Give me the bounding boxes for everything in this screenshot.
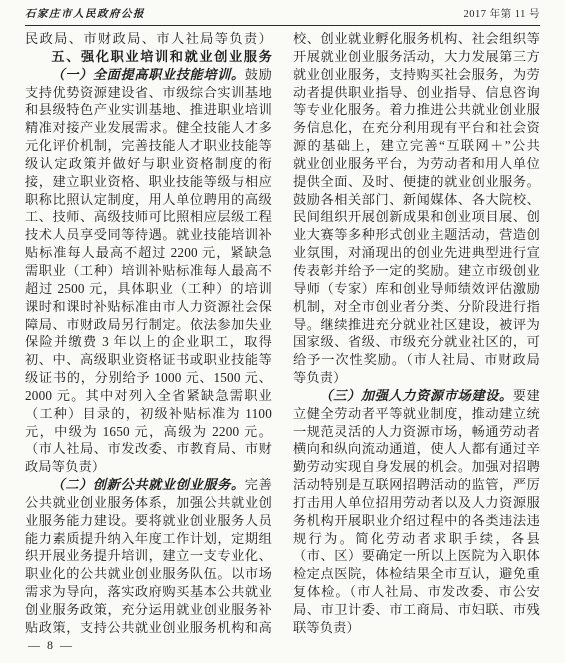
body-text: 等专业化服务。着力推进公共就业创业服 — [293, 102, 540, 117]
body-text: 开展就业创业服务活动，大力发展第三方 — [293, 49, 540, 64]
text-line: （市人社局、市发改委、市教育局、市财 — [25, 440, 272, 458]
page-number: — 8 — — [28, 638, 74, 653]
section-heading-text: 五、强化职业培训和就业创业服务 — [51, 49, 272, 64]
body-text: 需职业（工种）培训补贴标准每人最高不 — [25, 263, 272, 278]
text-line: 传表彰并给予一定的奖励。建立市级创业 — [293, 262, 540, 280]
body-text: 源的基础上，建立完善“互联网＋”公共 — [293, 138, 540, 153]
body-text: 级认定政策并做好与职业资格制度的衔 — [25, 156, 272, 171]
body-text: 民政局、市财政局、市人社局等负责） — [25, 31, 272, 46]
text-line: 支持优势资源建设省、市级综合实训基地 — [25, 84, 272, 102]
body-text: 贴政策，支持公共就业创业服务机构和高 — [25, 620, 272, 635]
body-text: 横向和纵向流动通道，使人人都有通过辛 — [293, 441, 540, 456]
text-line: 超过 2500 元，具体职业（工种）的培训 — [25, 280, 272, 298]
body-text: 业大赛等多种形式创业主题活动，营造创 — [293, 227, 540, 242]
body-text: 就业创业服务，支持购买社会服务，为劳 — [293, 67, 540, 82]
body-text: （市人社局、市发改委、市教育局、市财 — [25, 441, 272, 456]
body-text: 打击用人单位招用劳动者以及人力资源服 — [293, 495, 540, 510]
subheading-text: （一）全面提高职业技能培训。 — [51, 67, 244, 82]
body-text: 初、中、高级职业资格证书或职业技能等 — [25, 352, 272, 367]
text-line: 就业创业服务平台，为劳动者和用人单位 — [293, 155, 540, 173]
body-text: 校、创业就业孵化服务机构、社会组织等 — [293, 31, 540, 46]
body-text: 超过 2500 元，具体职业（工种）的培训 — [25, 281, 272, 296]
text-line: 机制，对全市创业者分类、分阶段进行指 — [293, 298, 540, 316]
text-line: （一）全面提高职业技能培训。鼓励 — [25, 66, 272, 84]
body-text: 务信息化，在充分利用现有平台和社会资 — [293, 120, 540, 135]
text-line: 复体检。（市人社局、市发改委、市公安 — [293, 583, 540, 601]
text-line: 接，建立职业资格、职业技能等级与相应 — [25, 173, 272, 191]
text-line: 五、强化职业培训和就业创业服务 — [25, 48, 272, 66]
body-text: 动者提供职业指导、创业指导、信息咨询 — [293, 85, 540, 100]
body-text: 一规范灵活的人力资源市场，畅通劳动者 — [293, 424, 540, 439]
text-line: 初、中、高级职业资格证书或职业技能等 — [25, 351, 272, 369]
body-text: 勤劳动实现自身发展的机会。加强对招聘 — [293, 459, 540, 474]
body-text: 鼓励各相关部门、新闻媒体、各大院校、 — [293, 192, 540, 207]
body-text: 活动特别是互联网招聘活动的监管，严厉 — [293, 477, 540, 492]
body-text: 复体检。（市人社局、市发改委、市公安 — [293, 584, 540, 599]
body-text: 政局等负责） — [25, 459, 105, 474]
text-line: 就业创业服务，支持购买社会服务，为劳 — [293, 66, 540, 84]
body-text: 需求为导向，落实政府购买基本公共就业 — [25, 584, 272, 599]
text-line: 民政局、市财政局、市人社局等负责） — [25, 30, 272, 48]
body-text: 接，建立职业资格、职业技能等级与相应 — [25, 174, 272, 189]
text-line: 元化评价机制，完善技能人才职业技能等 — [25, 137, 272, 155]
text-line: 等负责） — [293, 369, 540, 387]
page-body: 民政局、市财政局、市人社局等负责）五、强化职业培训和就业创业服务（一）全面提高职… — [25, 30, 540, 637]
body-text: 等负责） — [293, 370, 347, 385]
body-text: （市、区）要确定一所以上医院为入职体 — [293, 548, 540, 563]
text-line: 开展就业创业服务活动，大力发展第三方 — [293, 48, 540, 66]
body-text: 能力素质提升纳入年度工作计划，定期组 — [25, 531, 272, 546]
text-line: 级认定政策并做好与职业资格制度的衔 — [25, 155, 272, 173]
body-text: 级证书的，分别给予 1000 元、1500 元、 — [25, 370, 272, 385]
text-line: 需求为导向，落实政府购买基本公共就业 — [25, 583, 272, 601]
text-line: 精准对接产业发展需求。健全技能人才多 — [25, 119, 272, 137]
text-line: 检定点医院，体检结果全市互认，避免重 — [293, 565, 540, 583]
text-line: 等专业化服务。着力推进公共就业创业服 — [293, 101, 540, 119]
body-text: 传表彰并给予一定的奖励。建立市级创业 — [293, 263, 540, 278]
text-line: （三）加强人力资源市场建设。要建 — [293, 387, 540, 405]
body-text: 完善 — [245, 477, 272, 492]
text-line: 元，中级为 1650 元，高级为 2200 元。 — [25, 423, 272, 441]
text-line: 职业化的公共就业创业服务队伍。以市场 — [25, 565, 272, 583]
page-header: 石家庄市人民政府公报 2017 年第 11 号 — [25, 6, 540, 26]
body-text: 规行为。简化劳动者求职手续，各县 — [293, 531, 540, 546]
body-text: 2000 元。其中对列入全省紧缺急需职业 — [25, 388, 272, 403]
text-line: 和县级特色产业实训基地、推进职业培训 — [25, 101, 272, 119]
text-line: 横向和纵向流动通道，使人人都有通过辛 — [293, 440, 540, 458]
body-text: 民间组织开展创新成果和创业项目展、创 — [293, 209, 540, 224]
text-line: 规行为。简化劳动者求职手续，各县 — [293, 530, 540, 548]
text-line: 局、市卫计委、市工商局、市妇联、市残 — [293, 601, 540, 619]
subheading-text: （二）创新公共就业创业服务。 — [51, 477, 244, 492]
text-line: 务信息化，在充分利用现有平台和社会资 — [293, 119, 540, 137]
text-line: 需职业（工种）培训补贴标准每人最高不 — [25, 262, 272, 280]
text-line: 民间组织开展创新成果和创业项目展、创 — [293, 208, 540, 226]
body-text: 保险并缴费 3 年以上的企业职工，取得 — [25, 334, 272, 349]
text-line: 一规范灵活的人力资源市场，畅通劳动者 — [293, 423, 540, 441]
text-line: 导。继续推进充分就业社区建设，被评为 — [293, 316, 540, 334]
text-line: （市、区）要确定一所以上医院为入职体 — [293, 547, 540, 565]
text-line: 鼓励各相关部门、新闻媒体、各大院校、 — [293, 191, 540, 209]
body-text: 职业化的公共就业创业服务队伍。以市场 — [25, 566, 272, 581]
body-text: 课时和课时补贴标准由市人力资源社会保 — [25, 299, 272, 314]
column-right: 校、创业就业孵化服务机构、社会组织等开展就业创业服务活动，大力发展第三方就业创业… — [293, 30, 540, 637]
text-line: 务机构开展职业介绍过程中的各类违法违 — [293, 512, 540, 530]
text-line: 障局、市财政局另行制定。依法参加失业 — [25, 316, 272, 334]
body-text: 给予一次性奖励。（市人社局、市财政局 — [293, 352, 540, 367]
body-text: 技术人员享受同等待遇。就业技能培训补 — [25, 227, 272, 242]
body-text: 机制，对全市创业者分类、分阶段进行指 — [293, 299, 540, 314]
body-text: 联等负责） — [293, 620, 360, 635]
body-text: 要建 — [513, 388, 540, 403]
text-line: 源的基础上，建立完善“互联网＋”公共 — [293, 137, 540, 155]
text-line: 动者提供职业指导、创业指导、信息咨询 — [293, 84, 540, 102]
body-text: 局、市卫计委、市工商局、市妇联、市残 — [293, 602, 540, 617]
text-line: 公共就业创业服务体系，加强公共就业创 — [25, 494, 272, 512]
body-text: 元化评价机制，完善技能人才职业技能等 — [25, 138, 272, 153]
text-line: 活动特别是互联网招聘活动的监管，严厉 — [293, 476, 540, 494]
gazette-page: 石家庄市人民政府公报 2017 年第 11 号 民政局、市财政局、市人社局等负责… — [0, 0, 565, 663]
text-line: 勤劳动实现自身发展的机会。加强对招聘 — [293, 458, 540, 476]
text-line: 课时和课时补贴标准由市人力资源社会保 — [25, 298, 272, 316]
gazette-title: 石家庄市人民政府公报 — [25, 6, 145, 21]
body-text: 立健全劳动者平等就业制度，推动建立统 — [293, 406, 540, 421]
body-text: 精准对接产业发展需求。健全技能人才多 — [25, 120, 272, 135]
text-line: 校、创业就业孵化服务机构、社会组织等 — [293, 30, 540, 48]
body-text: 元，中级为 1650 元，高级为 2200 元。 — [25, 424, 272, 439]
body-text: 支持优势资源建设省、市级综合实训基地 — [25, 85, 272, 100]
body-text: 贴标准每人最高不超过 2200 元，紧缺急 — [25, 245, 272, 260]
text-line: 级证书的，分别给予 1000 元、1500 元、 — [25, 369, 272, 387]
column-left: 民政局、市财政局、市人社局等负责）五、强化职业培训和就业创业服务（一）全面提高职… — [25, 30, 272, 637]
text-line: 国家级、省级、市级充分就业社区的，可 — [293, 333, 540, 351]
body-text: 障局、市财政局另行制定。依法参加失业 — [25, 317, 272, 332]
text-line: 业大赛等多种形式创业主题活动，营造创 — [293, 226, 540, 244]
text-line: 立健全劳动者平等就业制度，推动建立统 — [293, 405, 540, 423]
body-text: 导。继续推进充分就业社区建设，被评为 — [293, 317, 540, 332]
text-line: 政局等负责） — [25, 458, 272, 476]
text-line: 导师（专家）库和创业导师绩效评估激励 — [293, 280, 540, 298]
issue-number: 2017 年第 11 号 — [464, 6, 541, 21]
text-line: 业氛围，对涌现出的创业先进典型进行宣 — [293, 244, 540, 262]
body-text: 创业服务政策，充分运用就业创业服务补 — [25, 602, 272, 617]
text-line: 2000 元。其中对列入全省紧缺急需职业 — [25, 387, 272, 405]
body-text: 公共就业创业服务体系，加强公共就业创 — [25, 495, 272, 510]
text-line: （工种）目录的，初级补贴标准为 1100 — [25, 405, 272, 423]
text-line: 联等负责） — [293, 619, 540, 637]
body-text: 业服务能力建设。要将就业创业服务人员 — [25, 513, 272, 528]
text-line: 能力素质提升纳入年度工作计划，定期组 — [25, 530, 272, 548]
body-text: 织开展业务提升培训，建立一支专业化、 — [25, 548, 272, 563]
text-line: 提供全面、及时、便捷的就业创业服务。 — [293, 173, 540, 191]
text-line: 贴政策，支持公共就业创业服务机构和高 — [25, 619, 272, 637]
body-text: （工种）目录的，初级补贴标准为 1100 — [25, 406, 272, 421]
body-text: 工、技师、高级技师可比照相应层级工程 — [25, 209, 272, 224]
text-line: 业服务能力建设。要将就业创业服务人员 — [25, 512, 272, 530]
text-line: 职称比照认定制度，用人单位聘用的高级 — [25, 191, 272, 209]
body-text: 业氛围，对涌现出的创业先进典型进行宣 — [293, 245, 540, 260]
body-text: 职称比照认定制度，用人单位聘用的高级 — [25, 192, 272, 207]
body-text: 提供全面、及时、便捷的就业创业服务。 — [293, 174, 540, 189]
text-line: 技术人员享受同等待遇。就业技能培训补 — [25, 226, 272, 244]
body-text: 检定点医院，体检结果全市互认，避免重 — [293, 566, 540, 581]
text-line: 打击用人单位招用劳动者以及人力资源服 — [293, 494, 540, 512]
text-line: 创业服务政策，充分运用就业创业服务补 — [25, 601, 272, 619]
text-line: 工、技师、高级技师可比照相应层级工程 — [25, 208, 272, 226]
body-text: 国家级、省级、市级充分就业社区的，可 — [293, 334, 540, 349]
body-text: 鼓励 — [245, 67, 272, 82]
body-text: 和县级特色产业实训基地、推进职业培训 — [25, 102, 272, 117]
text-line: 织开展业务提升培训，建立一支专业化、 — [25, 547, 272, 565]
text-line: 贴标准每人最高不超过 2200 元，紧缺急 — [25, 244, 272, 262]
text-line: （二）创新公共就业创业服务。完善 — [25, 476, 272, 494]
body-text: 务机构开展职业介绍过程中的各类违法违 — [293, 513, 540, 528]
body-text: 导师（专家）库和创业导师绩效评估激励 — [293, 281, 540, 296]
subheading-text: （三）加强人力资源市场建设。 — [319, 388, 512, 403]
text-line: 给予一次性奖励。（市人社局、市财政局 — [293, 351, 540, 369]
body-text: 就业创业服务平台，为劳动者和用人单位 — [293, 156, 540, 171]
text-line: 保险并缴费 3 年以上的企业职工，取得 — [25, 333, 272, 351]
